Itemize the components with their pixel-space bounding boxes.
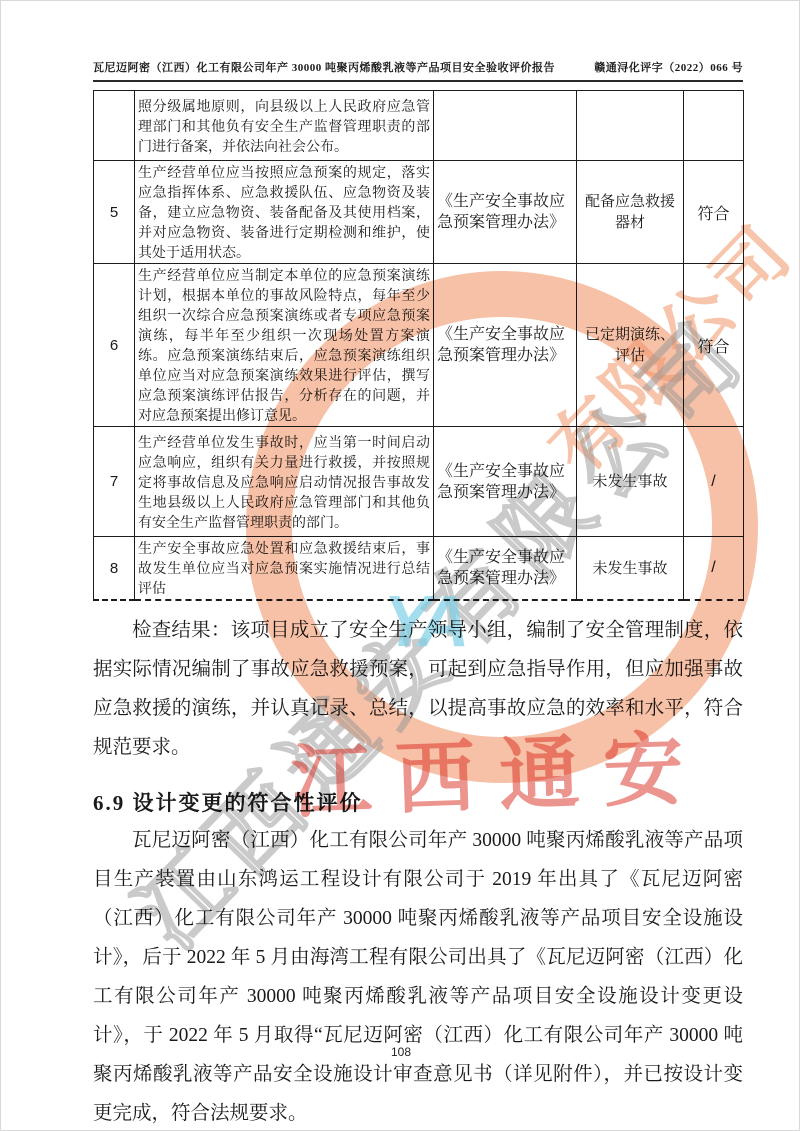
- table-row: 7 生产经营单位发生事故时，应当第一时间启动应急响应，组织有关力量进行救援，并按…: [94, 427, 744, 537]
- cell-content: 生产安全事故应急处置和应急救援结束后，事故发生单位应当对应急预案实施情况进行总结…: [135, 537, 434, 601]
- table-row: 8 生产安全事故应急处置和应急救援结束后，事故发生单位应当对应急预案实施情况进行…: [94, 537, 744, 601]
- cell-no: 7: [94, 427, 135, 537]
- cell-status: 未发生事故: [577, 427, 684, 537]
- cell-result: 符合: [684, 161, 744, 264]
- cell-basis: 《生产安全事故应急预案管理办法》: [434, 264, 577, 427]
- cell-content: 生产经营单位应当按照应急预案的规定，落实应急指挥体系、应急救援队伍、应急物资及装…: [135, 161, 434, 264]
- cell-basis: 《生产安全事故应急预案管理办法》: [434, 427, 577, 537]
- report-title: 瓦尼迈阿密（江西）化工有限公司年产 30000 吨聚丙烯酸乳液等产品项目安全验收…: [93, 59, 555, 75]
- cell-basis: 《生产安全事故应急预案管理办法》: [434, 537, 577, 601]
- cell-no: 8: [94, 537, 135, 601]
- cell-content: 生产经营单位发生事故时，应当第一时间启动应急响应，组织有关力量进行救援，并按照规…: [135, 427, 434, 537]
- section-body-paragraph: 瓦尼迈阿密（江西）化工有限公司年产 30000 吨聚丙烯酸乳液等产品项目生产装置…: [93, 821, 743, 1131]
- cell-no: [94, 91, 135, 161]
- cell-no: 5: [94, 161, 135, 264]
- cell-result: /: [684, 427, 744, 537]
- table-row: 5 生产经营单位应当按照应急预案的规定，落实应急指挥体系、应急救援队伍、应急物资…: [94, 161, 744, 264]
- document-page: 瓦尼迈阿密（江西）化工有限公司年产 30000 吨聚丙烯酸乳液等产品项目安全验收…: [0, 0, 800, 1131]
- cell-basis: 《生产安全事故应急预案管理办法》: [434, 161, 577, 264]
- table-row: 6 生产经营单位应当制定本单位的应急预案演练计划，根据本单位的事故风险特点，每年…: [94, 264, 744, 427]
- page-number: 108: [1, 1045, 800, 1059]
- cell-no: 6: [94, 264, 135, 427]
- cell-content: 生产经营单位应当制定本单位的应急预案演练计划，根据本单位的事故风险特点，每年至少…: [135, 264, 434, 427]
- section-heading-6-9: 6.9 设计变更的符合性评价: [93, 787, 743, 817]
- check-result-paragraph: 检查结果：该项目成立了安全生产领导小组，编制了安全管理制度，依据实际情况编制了事…: [93, 611, 743, 767]
- table-row: 照分级属地原则，向县级以上人民政府应急管理部门和其他负有安全生产监督管理职责的部…: [94, 91, 744, 161]
- compliance-table: 照分级属地原则，向县级以上人民政府应急管理部门和其他负有安全生产监督管理职责的部…: [93, 90, 744, 601]
- cell-status: 配备应急救援器材: [577, 161, 684, 264]
- cell-result: /: [684, 537, 744, 601]
- cell-status: 已定期演练、评估: [577, 264, 684, 427]
- page-header: 瓦尼迈阿密（江西）化工有限公司年产 30000 吨聚丙烯酸乳液等产品项目安全验收…: [93, 59, 743, 82]
- cell-status: [577, 91, 684, 161]
- cell-content: 照分级属地原则，向县级以上人民政府应急管理部门和其他负有安全生产监督管理职责的部…: [135, 91, 434, 161]
- cell-basis: [434, 91, 577, 161]
- cell-result: 符合: [684, 264, 744, 427]
- report-doc-number: 赣通浔化评字（2022）066 号: [594, 59, 743, 75]
- cell-status: 未发生事故: [577, 537, 684, 601]
- cell-result: [684, 91, 744, 161]
